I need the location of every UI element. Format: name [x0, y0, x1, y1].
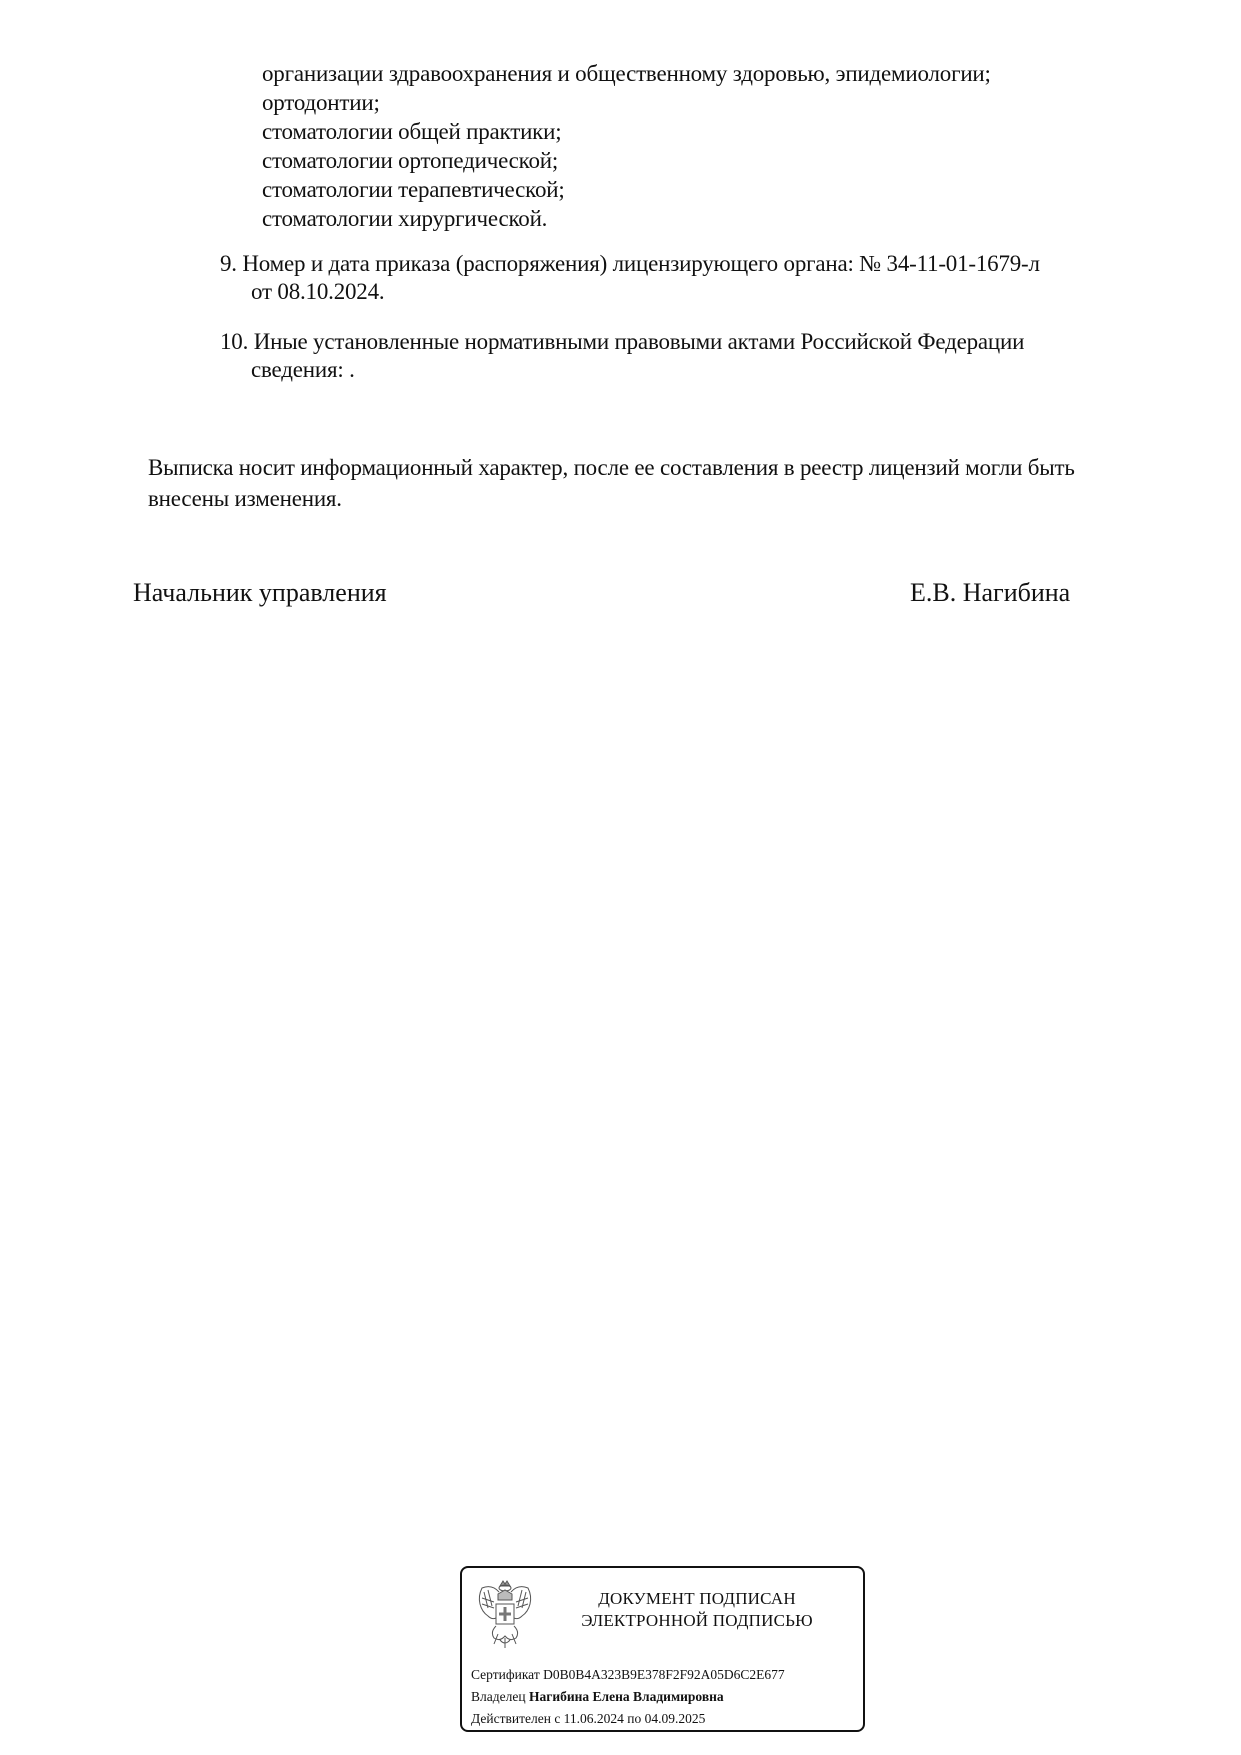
stamp-details: Сертификат D0B0B4A323B9E378F2F92A05D6C2E…: [471, 1664, 785, 1730]
list-item: стоматологии хирургической.: [262, 205, 991, 234]
disclaimer-line1: Выписка носит информационный характер, п…: [148, 454, 1075, 485]
list-item: стоматологии терапевтической;: [262, 176, 991, 205]
order-number-item: 9. Номер и дата приказа (распоряжения) л…: [220, 250, 1040, 306]
order-number-line2: от 08.10.2024.: [220, 278, 1040, 306]
validity-value: с 11.06.2024 по 04.09.2025: [554, 1711, 705, 1726]
certificate-row: Сертификат D0B0B4A323B9E378F2F92A05D6C2E…: [471, 1664, 785, 1686]
other-info-line2: сведения: .: [220, 356, 1024, 384]
validity-label: Действителен: [471, 1711, 551, 1726]
certificate-label: Сертификат: [471, 1667, 540, 1682]
disclaimer-note: Выписка носит информационный характер, п…: [148, 454, 1075, 516]
certificate-value: D0B0B4A323B9E378F2F92A05D6C2E677: [543, 1667, 785, 1682]
owner-label: Владелец: [471, 1689, 526, 1704]
list-item: организации здравоохранения и общественн…: [262, 60, 991, 89]
specialties-list: организации здравоохранения и общественн…: [262, 60, 991, 234]
owner-value: Нагибина Елена Владимировна: [529, 1689, 724, 1704]
signatory-name: Е.В. Нагибина: [910, 578, 1070, 608]
electronic-signature-stamp: ДОКУМЕНТ ПОДПИСАН ЭЛЕКТРОННОЙ ПОДПИСЬЮ С…: [460, 1566, 865, 1732]
validity-row: Действителен с 11.06.2024 по 04.09.2025: [471, 1708, 785, 1730]
list-item: ортодонтии;: [262, 89, 991, 118]
signatory-title: Начальник управления: [133, 578, 387, 608]
stamp-heading-line2: ЭЛЕКТРОННОЙ ПОДПИСЬЮ: [542, 1610, 852, 1632]
owner-row: Владелец Нагибина Елена Владимировна: [471, 1686, 785, 1708]
other-info-item: 10. Иные установленные нормативными прав…: [220, 328, 1024, 384]
stamp-heading: ДОКУМЕНТ ПОДПИСАН ЭЛЕКТРОННОЙ ПОДПИСЬЮ: [542, 1588, 852, 1632]
list-item: стоматологии общей практики;: [262, 118, 991, 147]
other-info-line1: 10. Иные установленные нормативными прав…: [220, 328, 1024, 356]
stamp-heading-line1: ДОКУМЕНТ ПОДПИСАН: [542, 1588, 852, 1610]
disclaimer-line2: внесены изменения.: [148, 485, 1075, 516]
russian-coat-of-arms-icon: [474, 1578, 536, 1650]
list-item: стоматологии ортопедической;: [262, 147, 991, 176]
order-number-line1: 9. Номер и дата приказа (распоряжения) л…: [220, 250, 1040, 278]
